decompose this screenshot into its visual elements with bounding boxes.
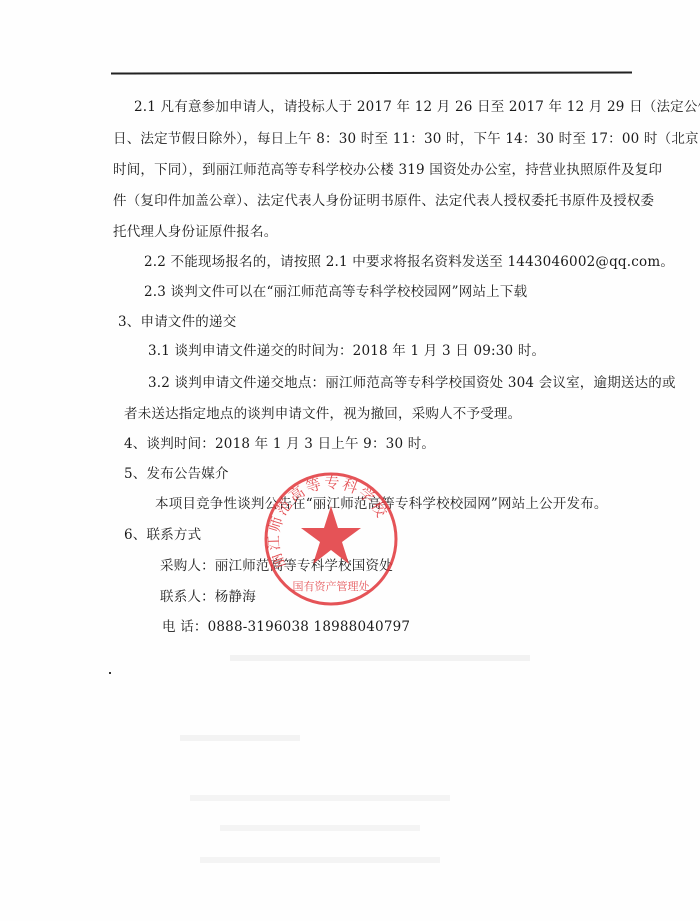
para-3-1: 3.1 谈判申请文件递交的时间为：2018 年 1 月 3 日 09:30 时。 xyxy=(148,342,545,360)
para-2-3: 2.3 谈判文件可以在“丽江师范高等专科学校校园网”网站上下载 xyxy=(144,283,527,301)
para-2-1-line-2: 日、法定节假日除外），每日上午 8：30 时至 11：30 时，下午 14：30… xyxy=(113,130,699,148)
star-icon xyxy=(301,506,361,564)
scanned-document-page: 2.1 凡有意参加申请人，请投标人于 2017 年 12 月 26 日至 201… xyxy=(0,0,700,921)
para-2-1-line-5: 托代理人身份证原件报名。 xyxy=(113,223,277,241)
bleed-through-mark xyxy=(190,795,450,801)
section-3-heading: 3、申请文件的递交 xyxy=(118,313,236,331)
contact-person: 联系人：杨静海 xyxy=(160,588,256,606)
section-5-heading: 5、发布公告媒介 xyxy=(124,465,229,483)
para-3-2-line-1: 3.2 谈判申请文件递交地点：丽江师范高等专科学校国资处 304 会议室，逾期送… xyxy=(148,374,676,392)
para-2-1-line-1: 2.1 凡有意参加申请人，请投标人于 2017 年 12 月 26 日至 201… xyxy=(134,98,700,116)
bleed-through-mark xyxy=(220,825,420,831)
bleed-through-mark xyxy=(230,655,530,661)
para-3-2-line-2: 者未送达指定地点的谈判申请文件，视为撤回，采购人不予受理。 xyxy=(124,405,521,423)
section-6-heading: 6、联系方式 xyxy=(124,526,201,544)
para-2-2: 2.2 不能现场报名的，请按照 2.1 中要求将报名资料发送至 14430460… xyxy=(144,253,674,271)
seal-inner-text: 国有资产管理处 xyxy=(293,579,370,593)
header-rule xyxy=(111,71,632,74)
para-2-1-line-3: 时间，下同），到丽江师范高等专科学校办公楼 319 国资处办公室，持营业执照原件… xyxy=(113,161,662,179)
bleed-through-mark xyxy=(200,857,440,863)
bleed-through-mark xyxy=(180,735,300,741)
contact-phone: 电 话：0888-3196038 18988040797 xyxy=(162,618,410,636)
scan-speck xyxy=(109,672,111,674)
official-seal-stamp: 丽江师范高等专科学校 国有资产管理处 xyxy=(262,470,400,608)
section-4-heading: 4、谈判时间：2018 年 1 月 3 日上午 9：30 时。 xyxy=(124,435,435,453)
para-2-1-line-4: 件（复印件加盖公章）、法定代表人身份证明书原件、法定代表人授权委托书原件及授权委 xyxy=(113,192,654,210)
